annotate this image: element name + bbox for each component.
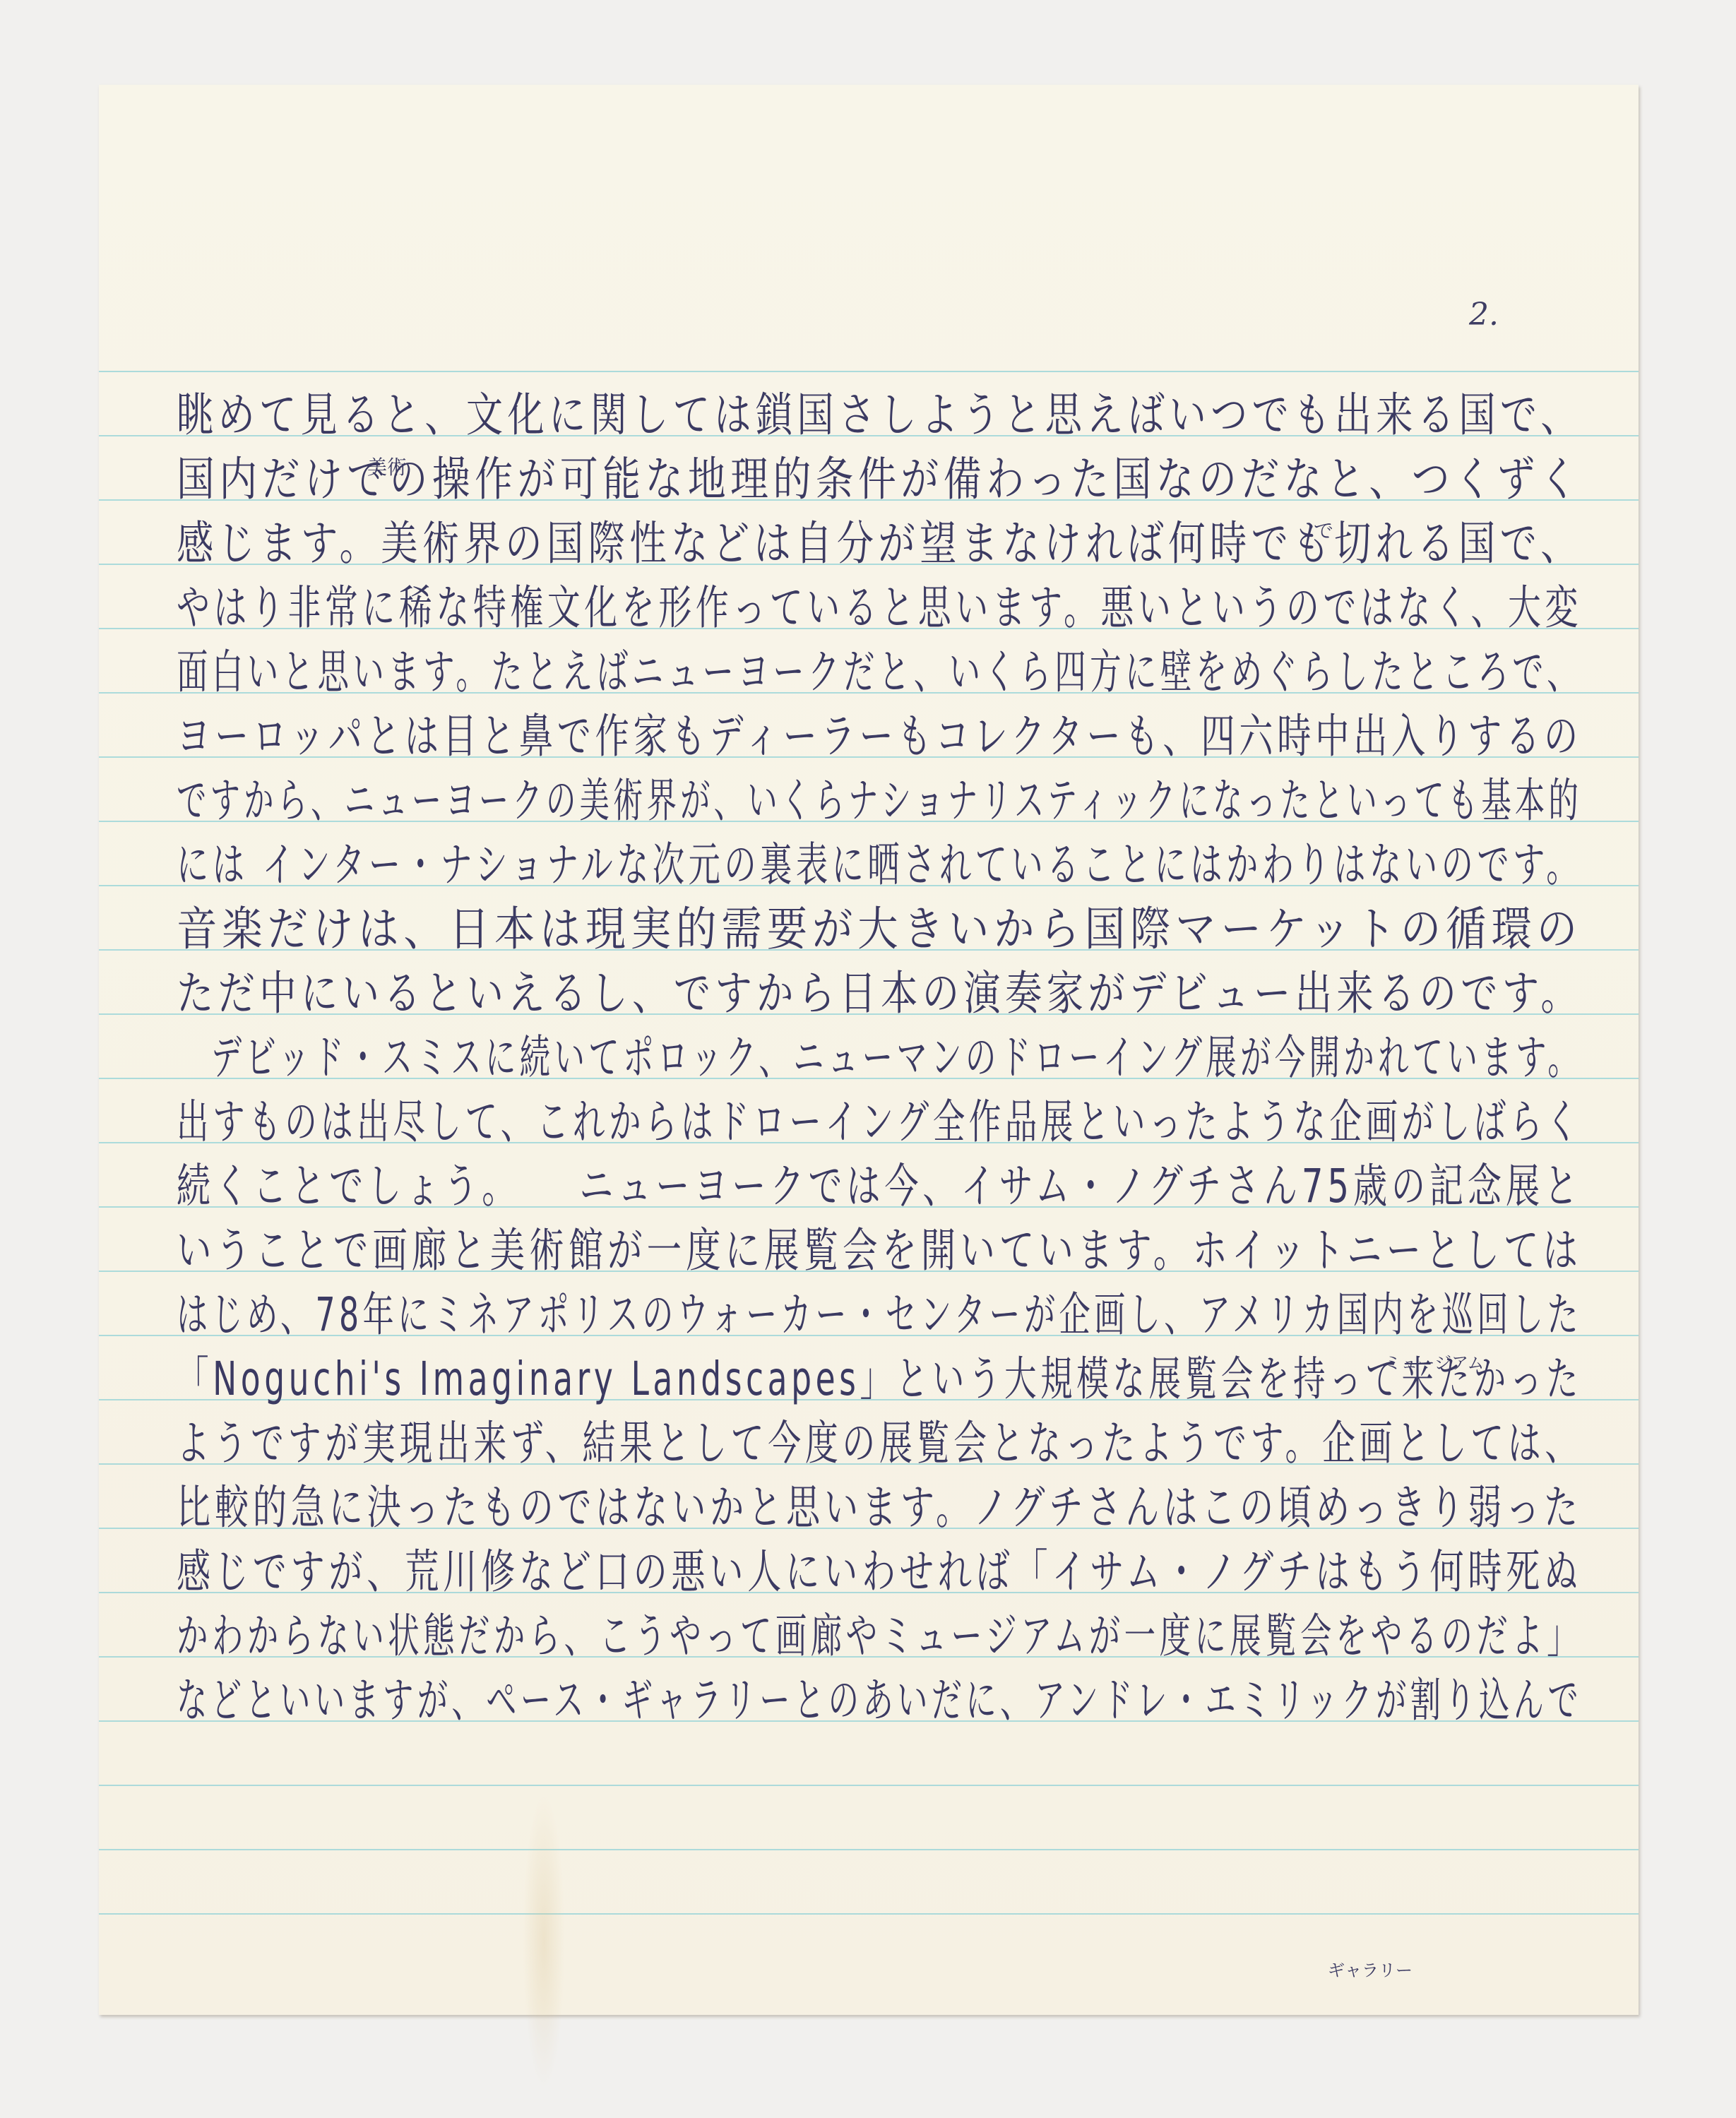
- text-line: かわからない状態だから、こうやって画廊やミュージアムが一度に展覧会をやるのだよ」: [177, 1595, 1603, 1660]
- text-line: 比較的急に決ったものではないかと思います。ノグチさんはこの頃めっきり弱った: [177, 1467, 1603, 1531]
- rule-line: [99, 371, 1639, 372]
- text-line: 面白いと思います。たとえばニューヨークだと、いくら四方に壁をめぐらしたところで、: [177, 631, 1603, 696]
- annotation-bijutsu: 美術: [367, 452, 407, 480]
- annotation-museum: ミュージアム: [1384, 1349, 1484, 1374]
- annotation-gallery: ギャラリー: [1328, 1956, 1413, 1981]
- text-line: には インター・ナショナルな次元の裏表に晒されていることにはかわりはないのです。: [177, 824, 1603, 888]
- page-number: 2.: [1469, 297, 1499, 333]
- text-line: デビッド・スミスに続いてポロック、ニューマンのドローイング展が今開かれています。: [177, 1017, 1603, 1081]
- annotation-de: で: [1314, 516, 1333, 544]
- text-line: などといいますが、ペース・ギャラリーとのあいだに、アンドレ・エミリックが割り込ん…: [177, 1660, 1603, 1724]
- text-line: ですから、ニューヨークの美術界が、いくらナショナリスティックになったといっても基…: [177, 760, 1603, 824]
- text-line: ただ中にいるといえるし、ですから日本の演奏家がデビュー出来るのです。: [177, 953, 1603, 1017]
- text-line: はじめ、78年にミネアポリスのウォーカー・センターが企画し、アメリカ国内を巡回し…: [177, 1274, 1603, 1338]
- text-line: 感じですが、荒川修など口の悪い人にいわせれば「イサム・ノグチはもう何時死ぬ: [177, 1531, 1603, 1595]
- text-line: やはり非常に稀な特権文化を形作っていると思います。悪いというのではなく、大変: [177, 567, 1603, 631]
- text-line: 眺めて見ると、文化に関しては鎖国さしようと思えばいつでも出来る国で、: [177, 374, 1603, 439]
- rule-line: [99, 1849, 1639, 1850]
- text-line: 音楽だけは、日本は現実的需要が大きいから国際マーケットの循環の: [177, 888, 1603, 953]
- rule-line: [99, 1913, 1639, 1915]
- paper-stain: [523, 1794, 565, 2090]
- text-line: 出すものは出尽して、これからはドローイング全作品展といったような企画がしばらく: [177, 1081, 1603, 1146]
- text-line: ヨーロッパとは目と鼻で作家もディーラーもコレクターも、四六時中出入りするの: [177, 696, 1603, 760]
- text-line: 感じます。美術界の国際性などは自分が望まなければ何時でも切れる国で、: [177, 503, 1603, 567]
- text-line: ようですが実現出来ず、結果として今度の展覧会となったようです。企画としては、: [177, 1403, 1603, 1467]
- text-line: いうことで画廊と美術館が一度に展覧会を開いています。ホイットニーとしては: [177, 1210, 1603, 1274]
- text-line: 続くことでしょう。 ニューヨークでは今、イサム・ノグチさん75歳の記念展と: [177, 1146, 1603, 1210]
- rule-line: [99, 1785, 1639, 1786]
